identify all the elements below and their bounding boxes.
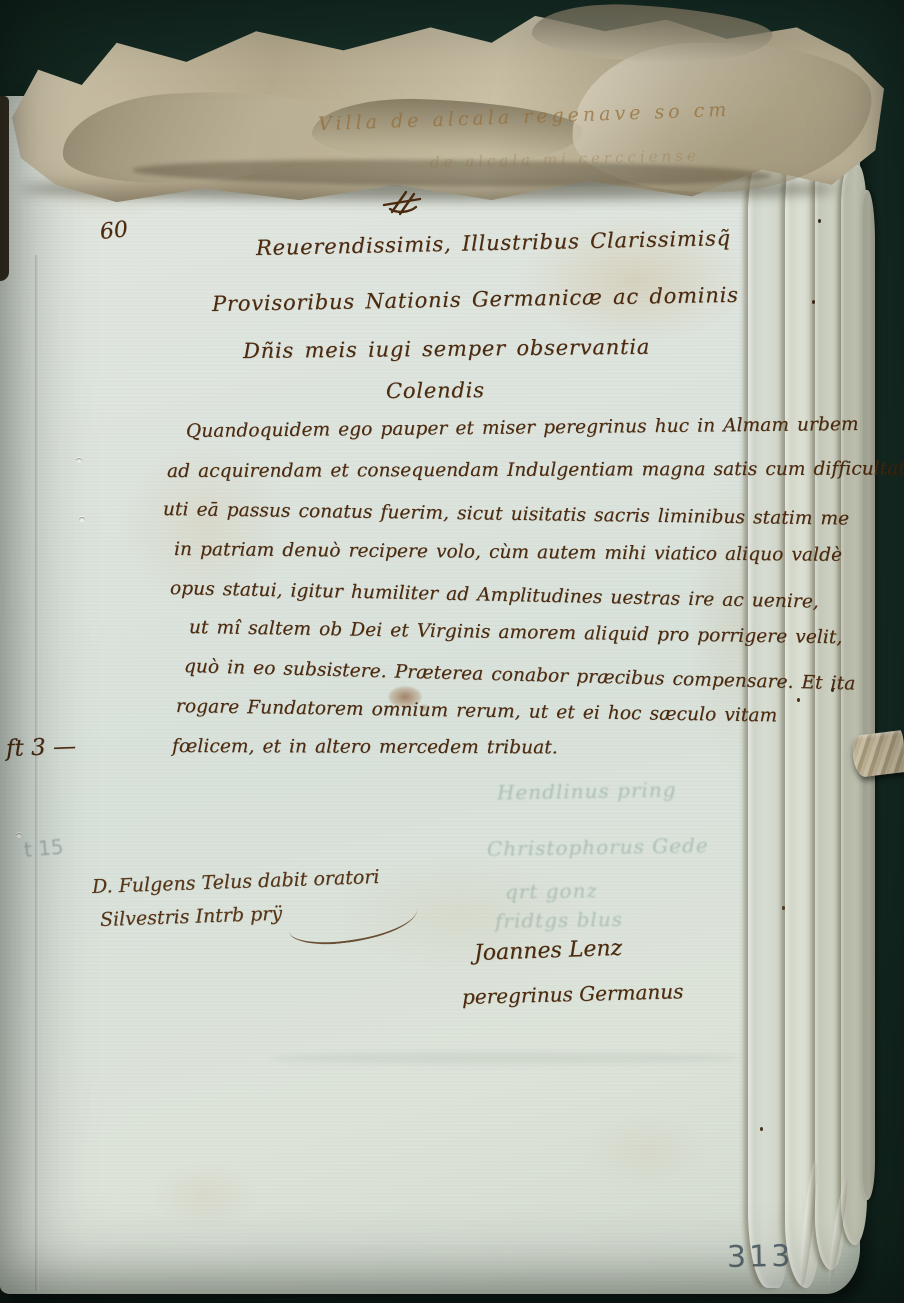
page-edge-layer	[861, 190, 875, 1200]
wormhole	[16, 833, 22, 838]
margin-payment-note: ft 3 —	[6, 734, 77, 762]
body-line: fœlicem, et in altero mercedem tribuat.	[172, 736, 558, 758]
ghost-smudge	[270, 1052, 740, 1064]
manuscript-photo: Villa de alcala regenave so cm de alcala…	[0, 0, 904, 1303]
gutter-crease-line	[35, 255, 39, 1291]
ghost-text-line: qrt gonz	[505, 878, 598, 904]
ghost-text-line: fridtgs blus	[495, 907, 623, 933]
manuscript-page	[0, 96, 860, 1294]
folio-number: 60	[99, 217, 129, 245]
ink-specks	[812, 300, 815, 304]
invocation-paraph-icon	[380, 188, 426, 218]
page-number: 313	[727, 1239, 794, 1275]
heading-line: Colendis	[386, 378, 485, 403]
heading-line: Dñis meis iugi semper observantia	[243, 335, 650, 363]
binding-edge	[0, 96, 9, 281]
body-line: ad acquirendam et consequendam Indulgent…	[167, 458, 904, 482]
pencil-note: t 15	[23, 835, 65, 862]
wormhole	[79, 517, 85, 522]
binding-cord	[851, 730, 904, 778]
ghost-text-line: Hendlinus pring	[497, 777, 677, 804]
ghost-text-line: Christophorus Gede	[487, 833, 709, 861]
signature-name: Joannes Lenz	[474, 936, 623, 966]
wormhole	[76, 458, 82, 463]
